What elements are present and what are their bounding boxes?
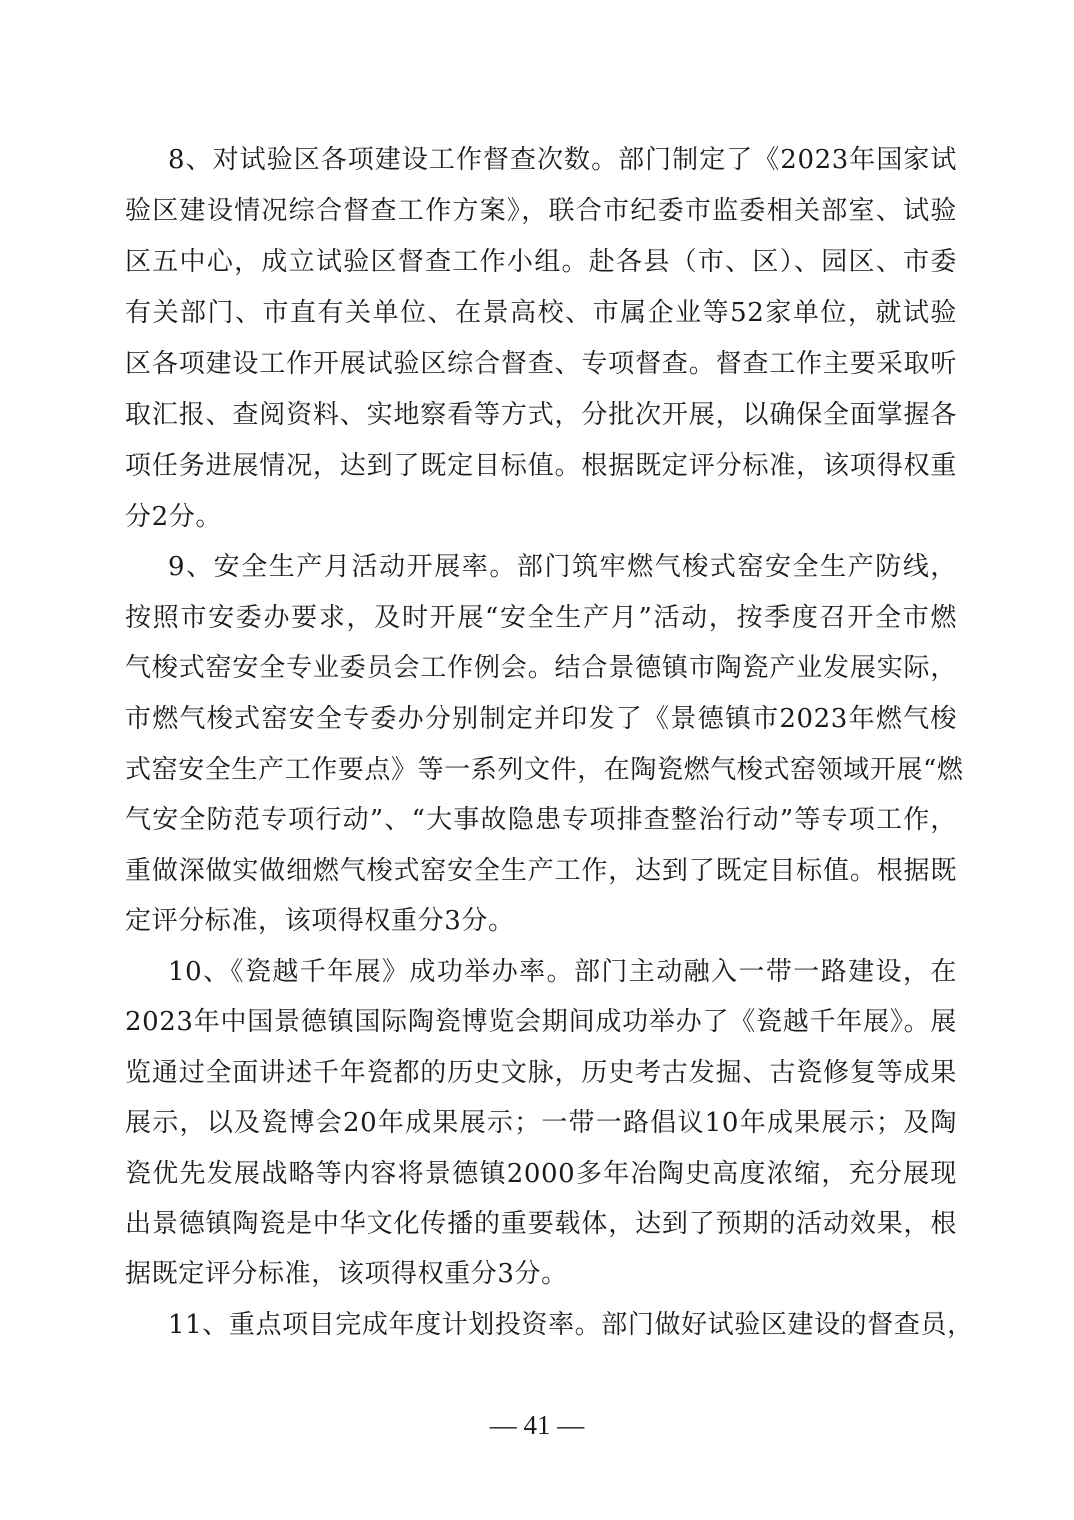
text-line: 验区建设情况综合督查工作方案》，联合市纪委市监委相关部室、试验 <box>125 194 957 228</box>
text-line: 展示，以及瓷博会20年成果展示；一带一路倡议10年成果展示；及陶 <box>125 1106 957 1140</box>
text-line: 有关部门、市直有关单位、在景高校、市属企业等52家单位，就试验 <box>125 296 957 330</box>
text-line: 10、《瓷越千年展》成功举办率。部门主动融入一带一路建设，在 <box>168 955 957 989</box>
text-line: 重做深做实做细燃气梭式窑安全生产工作，达到了既定目标值。根据既 <box>125 854 957 888</box>
text-line: 区五中心，成立试验区督查工作小组。赴各县（市、区）、园区、市委 <box>125 245 957 279</box>
text-line: 式窑安全生产工作要点》等一系列文件，在陶瓷燃气梭式窑领域开展“燃 <box>125 753 957 787</box>
text-line: 气梭式窑安全专业委员会工作例会。结合景德镇市陶瓷产业发展实际， <box>125 651 957 685</box>
text-line: 项任务进展情况，达到了既定目标值。根据既定评分标准，该项得权重 <box>125 449 957 483</box>
document-page: 8、对试验区各项建设工作督查次数。部门制定了《2023年国家试 验区建设情况综合… <box>0 0 1074 1520</box>
text-line: 出景德镇陶瓷是中华文化传播的重要载体，达到了预期的活动效果，根 <box>125 1207 957 1241</box>
text-line: 按照市安委办要求，及时开展“安全生产月”活动，按季度召开全市燃 <box>125 601 957 635</box>
text-line: 气安全防范专项行动”、“大事故隐患专项排查整治行动”等专项工作， <box>125 803 957 837</box>
page-number: — 41 — <box>0 1410 1074 1441</box>
text-line: 9、安全生产月活动开展率。部门筑牢燃气梭式窑安全生产防线， <box>168 550 957 584</box>
text-line: 定评分标准，该项得权重分3分。 <box>125 904 515 938</box>
text-line: 8、对试验区各项建设工作督查次数。部门制定了《2023年国家试 <box>168 143 957 177</box>
text-line: 据既定评分标准，该项得权重分3分。 <box>125 1257 568 1291</box>
text-line: 瓷优先发展战略等内容将景德镇2000多年冶陶史高度浓缩，充分展现 <box>125 1157 957 1191</box>
text-line: 区各项建设工作开展试验区综合督查、专项督查。督查工作主要采取听 <box>125 347 957 381</box>
text-line: 分2分。 <box>125 500 222 534</box>
text-line: 2023年中国景德镇国际陶瓷博览会期间成功举办了《瓷越千年展》。展 <box>125 1005 957 1039</box>
text-line: 取汇报、查阅资料、实地察看等方式，分批次开展，以确保全面掌握各 <box>125 398 957 432</box>
text-line: 览通过全面讲述千年瓷都的历史文脉，历史考古发掘、古瓷修复等成果 <box>125 1056 957 1090</box>
text-line: 11、重点项目完成年度计划投资率。部门做好试验区建设的督查员， <box>168 1308 957 1342</box>
text-line: 市燃气梭式窑安全专委办分别制定并印发了《景德镇市2023年燃气梭 <box>125 702 957 736</box>
